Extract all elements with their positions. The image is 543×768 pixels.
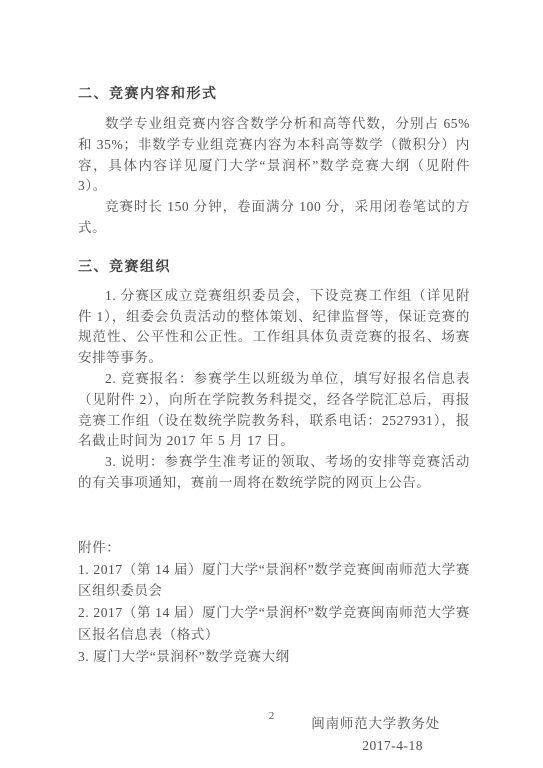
attachment-item-3: 3. 厦门大学“景润杯”数学竞赛大纲 <box>78 646 470 668</box>
section-heading-contest-content-and-format: 二、竞赛内容和形式 <box>78 86 470 104</box>
attachments-label: 附件： <box>78 537 470 558</box>
paragraph-organizing-committee: 1. 分赛区成立竞赛组织委员会，下设竞赛工作组（详见附件 1），组委会负责活动的… <box>78 286 470 369</box>
paragraph-notes: 3. 说明：参赛学生准考证的领取、考场的安排等竞赛活动的有关事项通知，赛前一周将… <box>78 452 470 494</box>
attachments-section: 附件： 1. 2017（第 14 届）厦门大学“景润杯”数学竞赛闽南师范大学赛区… <box>78 537 470 668</box>
document-page: 二、竞赛内容和形式 数学专业组竞赛内容含数学分析和高等代数，分别占 65% 和 … <box>0 0 543 768</box>
attachment-item-1: 1. 2017（第 14 届）厦门大学“景润杯”数学竞赛闽南师范大学赛区组织委员… <box>78 559 470 602</box>
paragraph-registration: 2. 竞赛报名：参赛学生以班级为单位，填写好报名信息表（见附件 2），向所在学院… <box>78 369 470 452</box>
document-content: 二、竞赛内容和形式 数学专业组竞赛内容含数学分析和高等代数，分别占 65% 和 … <box>0 0 543 757</box>
attachment-item-2: 2. 2017（第 14 届）厦门大学“景润杯”数学竞赛闽南师范大学赛区报名信息… <box>78 602 470 645</box>
signature-date: 2017-4-18 <box>78 735 423 757</box>
paragraph-contest-duration: 竞赛时长 150 分钟，卷面满分 100 分，采用闭卷笔试的方式。 <box>78 197 470 239</box>
section-heading-contest-organization: 三、竞赛组织 <box>78 259 470 277</box>
paragraph-contest-content: 数学专业组竞赛内容含数学分析和高等代数，分别占 65% 和 35%；非数学专业组… <box>78 114 470 197</box>
page-number: 2 <box>0 710 543 722</box>
